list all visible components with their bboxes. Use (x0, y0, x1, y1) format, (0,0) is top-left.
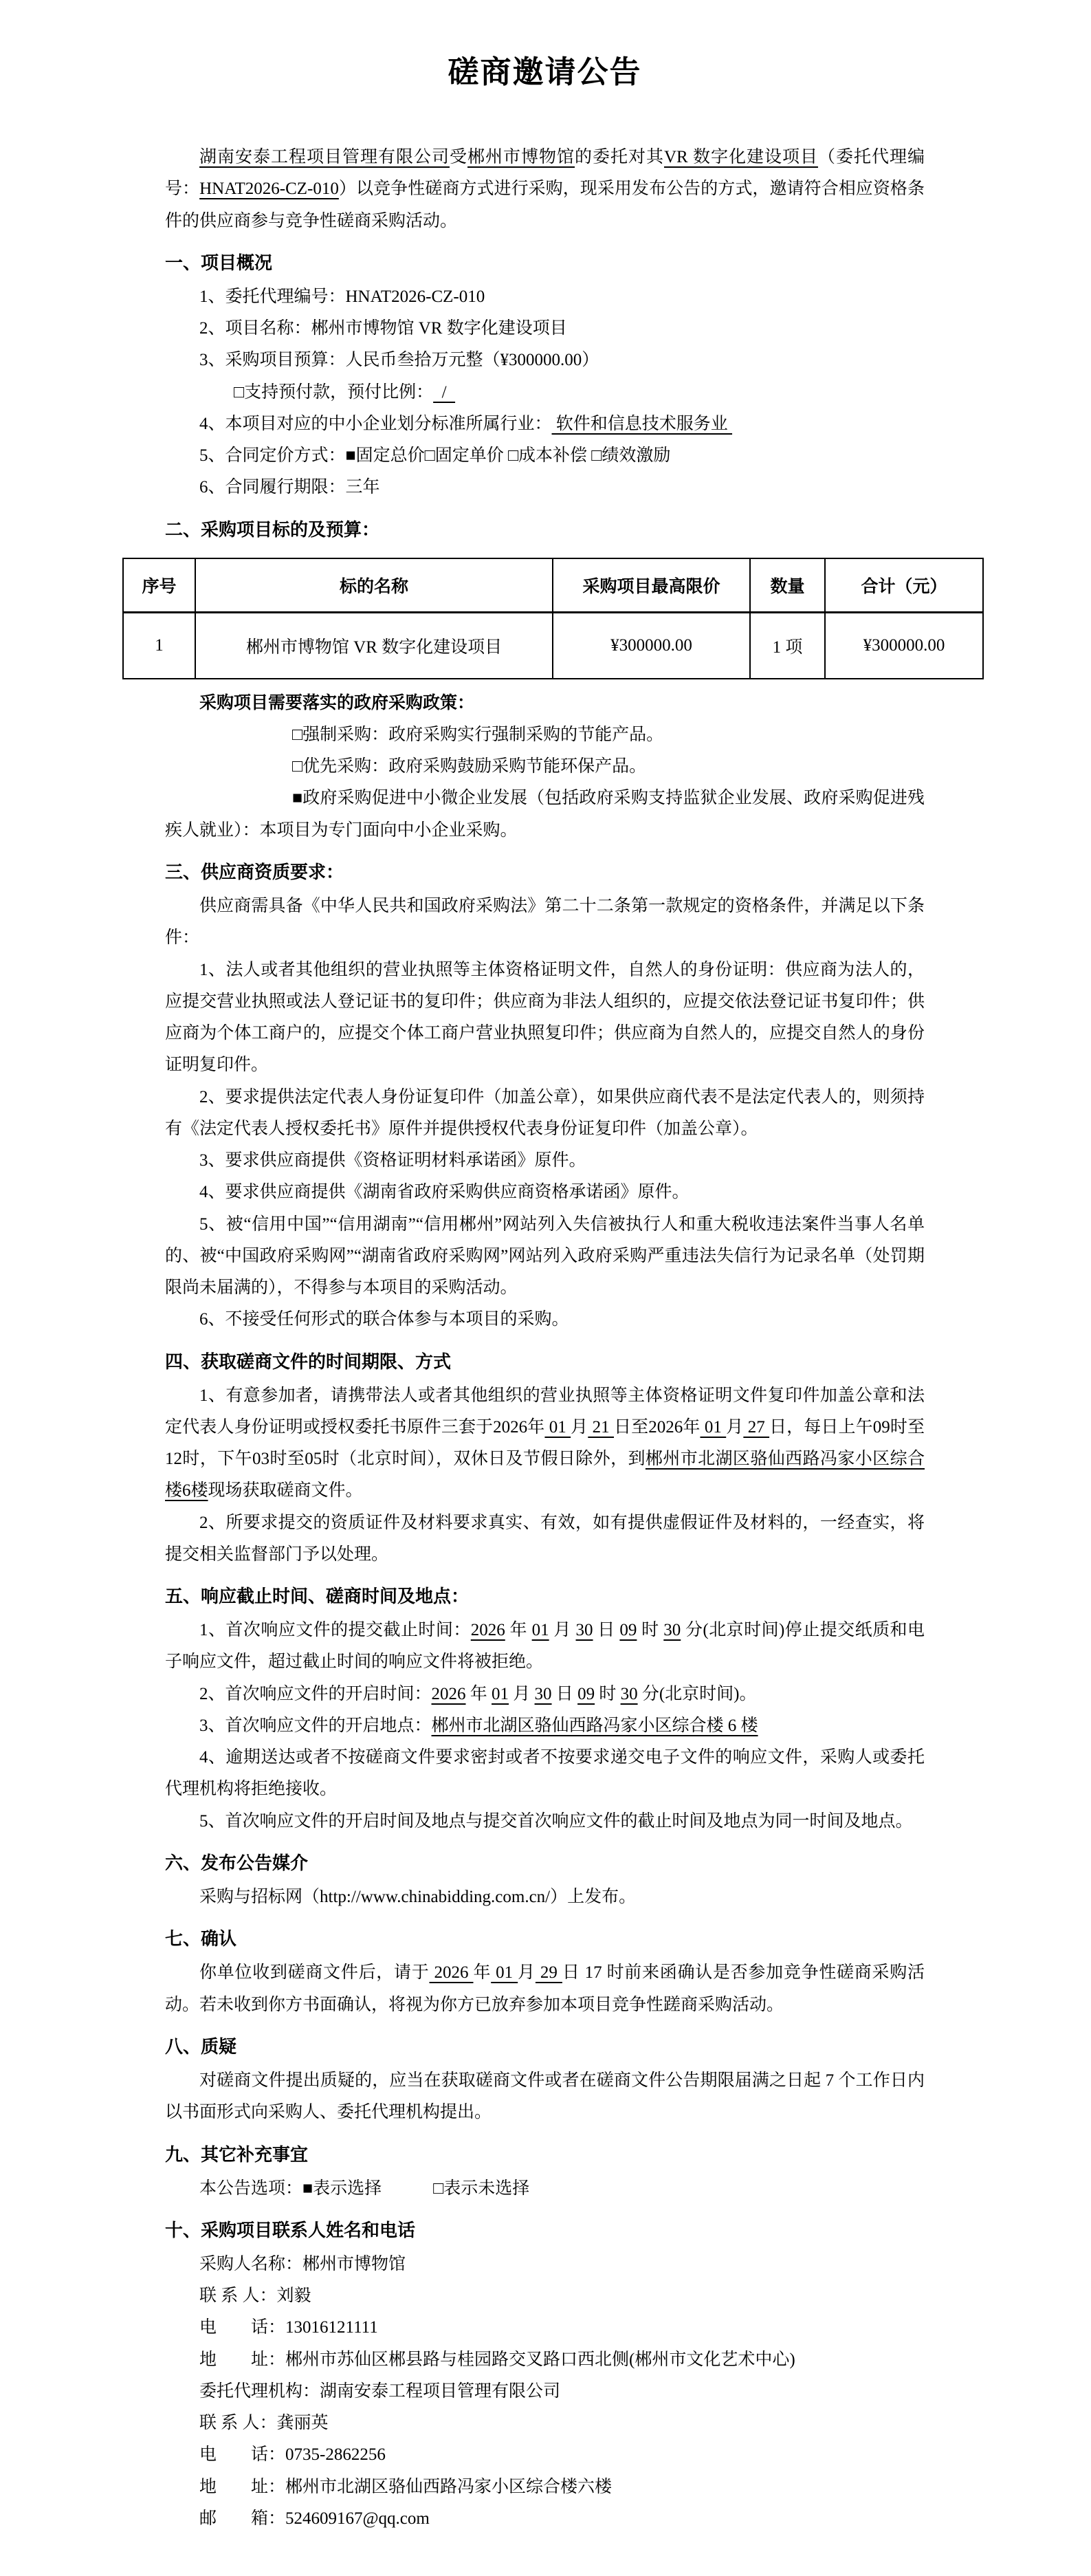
page-title: 磋商邀请公告 (165, 54, 925, 91)
text-segment: 受 (450, 148, 467, 166)
section5-item2: 2、首次响应文件的开启时间：2026 年 01 月 30 日 09 时 30 分… (165, 1679, 925, 1710)
hour-underlined: 09 (577, 1685, 595, 1703)
policy-sme-checkbox-line: ■政府采购促进中小微企业发展（包括政府采购支持监狱企业发展、政府采购促进残疾人就… (165, 783, 925, 847)
minute-underlined: 30 (621, 1685, 638, 1703)
text-segment: 月 (571, 1418, 588, 1437)
cell-subject-name: 郴州市博物馆 VR 数字化建设项目 (195, 612, 553, 679)
text-segment: 现场获取磋商文件。 (208, 1481, 363, 1500)
month-blank-underlined: 01 (700, 1418, 726, 1437)
text-segment: 月 (726, 1418, 743, 1437)
opening-address-underlined: 郴州市北湖区骆仙西路冯家小区综合楼 6 楼 (432, 1716, 758, 1735)
section5-item1: 1、首次响应文件的提交截止时间：2026 年 01 月 30 日 09 时 30… (165, 1615, 925, 1679)
section4-item1: 1、有意参加者，请携带法人或者其他组织的营业执照等主体资格证明文件复印件加盖公章… (165, 1380, 925, 1507)
section10-heading: 十、采购项目联系人姓名和电话 (165, 2214, 925, 2247)
prepayment-ratio-blank: / (433, 383, 455, 402)
text-segment: 3、首次响应文件的开启地点： (199, 1716, 432, 1735)
section9-options-line: 本公告选项：■表示选择 □表示未选择 (165, 2173, 925, 2205)
year-underlined: 2026 (432, 1685, 466, 1703)
day-underlined: 30 (576, 1621, 593, 1639)
text-segment: 的委托对其 (575, 148, 664, 166)
hour-underlined: 09 (619, 1621, 637, 1639)
section1-item-project-name: 2、项目名称：郴州市博物馆 VR 数字化建设项目 (165, 313, 925, 345)
policy-priority-checkbox-line: □优先采购：政府采购鼓励采购节能环保产品。 (165, 751, 925, 783)
contact-agency-address: 地 址：郴州市北湖区骆仙西路冯家小区综合楼六楼 (165, 2471, 925, 2503)
year-underlined: 2026 (430, 1963, 474, 1982)
text-segment: 日至2026年 (614, 1418, 700, 1437)
month-underlined: 01 (492, 1685, 509, 1703)
section5-item5: 5、首次响应文件的开启时间及地点与提交首次响应文件的截止时间及地点为同一时间及地… (165, 1806, 925, 1837)
budget-table-header-row: 序号 标的名称 采购项目最高限价 数量 合计（元） (123, 558, 983, 613)
section7-confirm-paragraph: 你单位收到磋商文件后，请于 2026 年 01 月 29 日 17 时前来函确认… (165, 1957, 925, 2021)
industry-value-underlined: 软件和信息技术服务业 (552, 415, 733, 433)
section5-heading: 五、响应截止时间、磋商时间及地点： (165, 1580, 925, 1613)
contact-purchaser-name: 采购人名称：郴州市博物馆 (165, 2249, 925, 2280)
cell-max-price: ¥300000.00 (553, 612, 750, 679)
section3-item3: 3、要求供应商提供《资格证明材料承诺函》原件。 (165, 1145, 925, 1177)
announcement-document: 磋商邀请公告 湖南安泰工程项目管理有限公司受郴州市博物馆的委托对其VR 数字化建… (0, 0, 1091, 2576)
section5-item4: 4、逾期送达或者不按磋商文件要求密封或者不按要求递交电子文件的响应文件，采购人或… (165, 1742, 925, 1806)
agency-name-underlined: 湖南安泰工程项目管理有限公司 (199, 148, 450, 166)
text-segment: 2、首次响应文件的开启时间： (199, 1685, 432, 1703)
contact-agency-email: 邮 箱：524609167@qq.com (165, 2503, 925, 2535)
cell-index: 1 (123, 612, 195, 679)
section5-item3: 3、首次响应文件的开启地点：郴州市北湖区骆仙西路冯家小区综合楼 6 楼 (165, 1710, 925, 1742)
section3-item1: 1、法人或者其他组织的营业执照等主体资格证明文件，自然人的身份证明：供应商为法人… (165, 954, 925, 1082)
col-header-quantity: 数量 (750, 558, 825, 613)
section3-intro: 供应商需具备《中华人民共和国政府采购法》第二十二条第一款规定的资格条件，并满足以… (165, 891, 925, 954)
section1-item-budget: 3、采购项目预算：人民币叁拾万元整（¥300000.00） (165, 345, 925, 376)
text-segment: 月 (518, 1963, 536, 1982)
day-blank-underlined: 21 (588, 1418, 614, 1437)
section6-heading: 六、发布公告媒介 (165, 1847, 925, 1880)
text-segment: 年 (505, 1621, 532, 1639)
cell-quantity: 1 项 (750, 612, 825, 679)
section4-item2: 2、所要求提交的资质证件及材料要求真实、有效，如有提供虚假证件及材料的，一经查实… (165, 1507, 925, 1571)
text-segment: 年 (466, 1685, 492, 1703)
purchaser-name-underlined: 郴州市博物馆 (467, 148, 575, 166)
col-header-max-price: 采购项目最高限价 (553, 558, 750, 613)
text-segment: 年 (473, 1963, 491, 1982)
section1-item-contract-term: 6、合同履行期限：三年 (165, 472, 925, 503)
section1-item-pricing-method: 5、合同定价方式：■固定总价□固定单价 □成本补偿 □绩效激励 (165, 440, 925, 472)
section4-heading: 四、获取磋商文件的时间期限、方式 (165, 1346, 925, 1379)
section3-item2: 2、要求提供法定代表人身份证复印件（加盖公章），如果供应商代表不是法定代表人的，… (165, 1082, 925, 1146)
contact-purchaser-phone: 电 话：13016121111 (165, 2312, 925, 2344)
contact-purchaser-address: 地 址：郴州市苏仙区郴县路与桂园路交叉路口西北侧(郴州市文化艺术中心) (165, 2344, 925, 2376)
budget-table: 序号 标的名称 采购项目最高限价 数量 合计（元） 1 郴州市博物馆 VR 数字… (122, 558, 984, 679)
policy-mandatory-checkbox-line: □强制采购：政府采购实行强制采购的节能产品。 (165, 719, 925, 751)
section8-heading: 八、质疑 (165, 2031, 925, 2064)
text-segment: 月 (549, 1621, 576, 1639)
section1-item-agency-code: 1、委托代理编号：HNAT2026-CZ-010 (165, 281, 925, 313)
agency-code-underlined: HNAT2026-CZ-010 (199, 179, 339, 198)
text-segment: 你单位收到磋商文件后，请于 (199, 1963, 430, 1982)
minute-underlined: 30 (663, 1621, 681, 1639)
section1-item-industry: 4、本项目对应的中小企业划分标准所属行业： 软件和信息技术服务业 (165, 408, 925, 440)
policy-heading: 采购项目需要落实的政府采购政策： (165, 688, 925, 719)
text-segment: 日 (552, 1685, 578, 1703)
section6-media-line: 采购与招标网（http://www.chinabidding.com.cn/）上… (165, 1881, 925, 1913)
section7-heading: 七、确认 (165, 1923, 925, 1956)
col-header-subject-name: 标的名称 (195, 558, 553, 613)
text-segment: 时 (637, 1621, 663, 1639)
industry-label: 4、本项目对应的中小企业划分标准所属行业： (199, 415, 552, 433)
project-name-underlined: VR 数字化建设项目 (664, 148, 818, 166)
day-underlined: 30 (535, 1685, 552, 1703)
section8-query-paragraph: 对磋商文件提出质疑的，应当在获取磋商文件或者在磋商文件公告期限届满之日起 7 个… (165, 2065, 925, 2129)
section3-item5: 5、被“信用中国”“信用湖南”“信用郴州”网站列入失信被执行人和重大税收违法案件… (165, 1209, 925, 1305)
text-segment: 日 (593, 1621, 620, 1639)
section3-heading: 三、供应商资质要求： (165, 856, 925, 889)
day-underlined: 29 (536, 1963, 562, 1982)
month-underlined: 01 (491, 1963, 518, 1982)
text-segment: 月 (509, 1685, 535, 1703)
section2-heading: 二、采购项目标的及预算： (165, 514, 925, 547)
prepayment-label: □支持预付款，预付比例： (234, 383, 433, 402)
day-blank-underlined: 27 (743, 1418, 769, 1437)
text-segment: 1、首次响应文件的提交截止时间： (199, 1621, 471, 1639)
col-header-index: 序号 (123, 558, 195, 613)
section9-heading: 九、其它补充事宜 (165, 2139, 925, 2172)
section3-item6: 6、不接受任何形式的联合体参与本项目的采购。 (165, 1304, 925, 1335)
intro-paragraph: 湖南安泰工程项目管理有限公司受郴州市博物馆的委托对其VR 数字化建设项目（委托代… (165, 142, 925, 237)
prepayment-checkbox-line: □支持预付款，预付比例： / (199, 377, 925, 408)
budget-table-row: 1 郴州市博物馆 VR 数字化建设项目 ¥300000.00 1 项 ¥3000… (123, 612, 983, 679)
contact-agency-person: 联 系 人：龚丽英 (165, 2408, 925, 2439)
section3-item4: 4、要求供应商提供《湖南省政府采购供应商资格承诺函》原件。 (165, 1177, 925, 1208)
contact-agency-phone: 电 话：0735-2862256 (165, 2439, 925, 2471)
text-segment: 分(北京时间)。 (638, 1685, 757, 1703)
section1-heading: 一、项目概况 (165, 247, 925, 280)
col-header-total: 合计（元） (825, 558, 983, 613)
month-blank-underlined: 01 (544, 1418, 571, 1437)
contact-purchaser-person: 联 系 人：刘毅 (165, 2280, 925, 2312)
cell-total: ¥300000.00 (825, 612, 983, 679)
contact-agency-name: 委托代理机构：湖南安泰工程项目管理有限公司 (165, 2376, 925, 2408)
text-segment: 时 (595, 1685, 621, 1703)
month-underlined: 01 (532, 1621, 549, 1639)
year-underlined: 2026 (471, 1621, 505, 1639)
